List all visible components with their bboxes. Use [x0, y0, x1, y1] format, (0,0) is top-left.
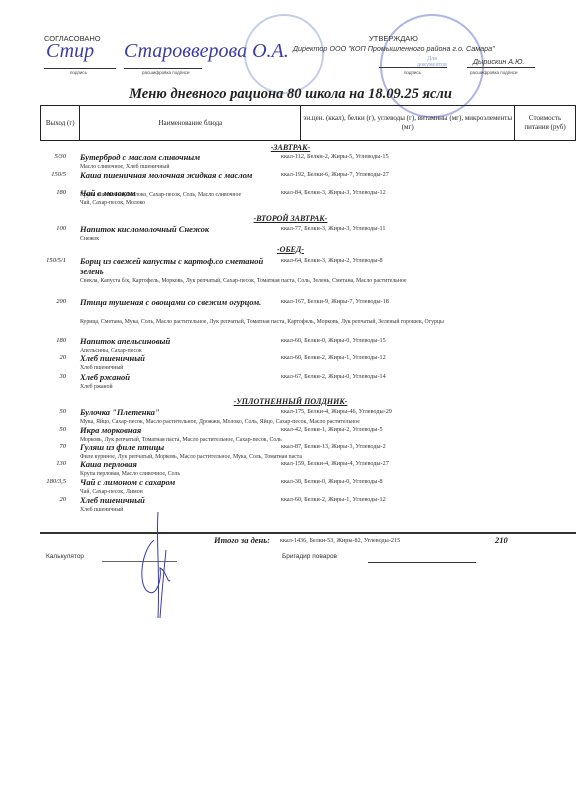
dish-yield: 130: [30, 460, 66, 467]
dish-nutrition: ккал-175, Белки-4, Жиры-46, Углеводы-29: [281, 408, 392, 415]
dish-ingredients: Хлеб ржаной: [80, 383, 470, 391]
section-title: -ЗАВТРАК-: [0, 143, 581, 152]
page-title: Меню дневного рациона 80 школа на 18.09.…: [0, 86, 581, 103]
right-sig-caption: подпись: [404, 70, 421, 75]
dish-yield: 50: [30, 426, 66, 433]
left-sig-caption: подпись: [70, 70, 87, 75]
dish-ingredients: Хлеб пшеничный: [80, 364, 470, 372]
dish-name: Гуляш из филе птицы: [80, 442, 290, 452]
left-name-caption: расшифровка подписи: [142, 70, 189, 75]
dish-name: Бутерброд с маслом сливочным: [80, 152, 290, 162]
dish-yield: 150/5: [30, 171, 66, 178]
col-yield: Выход (г): [41, 106, 80, 141]
total-cost: 210: [495, 535, 508, 545]
dish-yield: 180/3,5: [30, 478, 66, 485]
dish-nutrition: ккал-60, Белки-0, Жиры-0, Углеводы-15: [281, 337, 386, 344]
dish-ingredients: Курица, Сметана, Мука, Соль, Масло расти…: [80, 318, 470, 326]
dish-nutrition: ккал-159, Белки-4, Жиры-4, Углеводы-27: [281, 460, 389, 467]
col-nutrition: эн.цен. (ккал), белки (г), углеводы (г),…: [301, 106, 515, 141]
director-position: Директор ООО "КОП Промышленного района г…: [293, 44, 495, 53]
section-title: -ВТОРОЙ ЗАВТРАК-: [0, 214, 581, 223]
calculator-label: Калькулятор: [46, 553, 84, 560]
dish-yield: 180: [30, 337, 66, 344]
chef-sig-line: [368, 562, 476, 563]
dish-name: Чай с молоком: [80, 188, 290, 198]
dish-nutrition: ккал-192, Белки-6, Жиры-7, Углеводы-27: [281, 171, 389, 178]
dish-name: Икра морковная: [80, 425, 290, 435]
dish-nutrition: ккал-77, Белки-3, Жиры-3, Углеводы-11: [281, 225, 385, 232]
dish-name: Хлеб пшеничный: [80, 495, 290, 505]
chef-label: Бригадир поваров: [282, 553, 337, 560]
dish-nutrition: ккал-84, Белки-3, Жиры-3, Углеводы-12: [281, 189, 386, 196]
dish-yield: 5/30: [30, 153, 66, 160]
left-signature: Стир: [46, 40, 94, 63]
dish-ingredients: Свекла, Капуста б/к, Картофель, Морковь,…: [80, 277, 470, 285]
total-nutrition: ккал-1436, Белки-53, Жиры-82, Углеводы-2…: [280, 537, 400, 544]
col-cost: Стоимость питания (руб): [515, 106, 576, 141]
total-label: Итого за день:: [214, 535, 270, 545]
menu-table-header: Выход (г) Наименование блюда эн.цен. (кк…: [40, 105, 576, 141]
dish-name: Каша перловая: [80, 459, 290, 469]
dish-yield: 20: [30, 354, 66, 361]
dish-name: Борщ из свежей капусты с картоф.со смета…: [80, 256, 280, 276]
col-dish-name: Наименование блюда: [80, 106, 301, 141]
total-divider: [40, 532, 576, 534]
left-name-line: [124, 68, 202, 69]
dish-nutrition: ккал-67, Белки-2, Жиры-0, Углеводы-14: [281, 373, 386, 380]
dish-nutrition: ккал-60, Белки-2, Жиры-1, Углеводы-12: [281, 354, 386, 361]
dish-nutrition: ккал-60, Белки-2, Жиры-1, Углеводы-12: [281, 496, 386, 503]
dish-nutrition: ккал-64, Белки-3, Жиры-2, Углеводы-8: [281, 257, 383, 264]
left-stamp: [244, 14, 324, 94]
director-name: Дырискин А.Ю.: [473, 57, 524, 66]
dish-name: Булочка "Плетенка": [80, 407, 290, 417]
section-title: -УПЛОТНЕННЫЙ ПОЛДНИК-: [0, 397, 581, 406]
dish-ingredients: Снежок: [80, 235, 470, 243]
dish-yield: 180: [30, 189, 66, 196]
dish-nutrition: ккал-87, Белки-13, Жиры-3, Углеводы-2: [281, 443, 386, 450]
dish-nutrition: ккал-30, Белки-0, Жиры-0, Углеводы-8: [281, 478, 383, 485]
calculator-signature: [136, 510, 176, 620]
dish-name: Чай с лимоном с сахаром: [80, 477, 290, 487]
right-name-line: [467, 67, 535, 68]
dish-name: Хлеб пшеничный: [80, 353, 290, 363]
right-sig-line: [379, 67, 447, 68]
dish-nutrition: ккал-112, Белки-2, Жиры-5, Углеводы-15: [281, 153, 389, 160]
dish-name: Напиток кисломолочный Снежок: [80, 224, 290, 234]
dish-ingredients: Чай, Сахар-песок, Молоко: [80, 199, 470, 207]
dish-yield: 150/5/1: [30, 257, 66, 264]
dish-name: Птица тушеная с овощами со свежим огурцо…: [80, 297, 280, 307]
approve-label: УТВЕРЖДАЮ: [369, 34, 418, 43]
dish-nutrition: ккал-42, Белки-1, Жиры-2, Углеводы-5: [281, 426, 383, 433]
dish-yield: 20: [30, 496, 66, 503]
dish-nutrition: ккал-167, Белки-9, Жиры-7, Углеводы-18: [281, 298, 389, 305]
section-title: -ОБЕД-: [0, 245, 581, 254]
dish-yield: 30: [30, 373, 66, 380]
dish-yield: 50: [30, 408, 66, 415]
dish-yield: 200: [30, 298, 66, 305]
right-name-caption: расшифровка подписи: [470, 70, 517, 75]
dish-name: Хлеб ржаной: [80, 372, 290, 382]
dish-yield: 70: [30, 443, 66, 450]
dish-name: Напиток апельсиновый: [80, 336, 290, 346]
dish-name: Каша пшеничная молочная жидкая с маслом: [80, 170, 280, 180]
dish-yield: 100: [30, 225, 66, 232]
left-sig-line: [44, 68, 116, 69]
